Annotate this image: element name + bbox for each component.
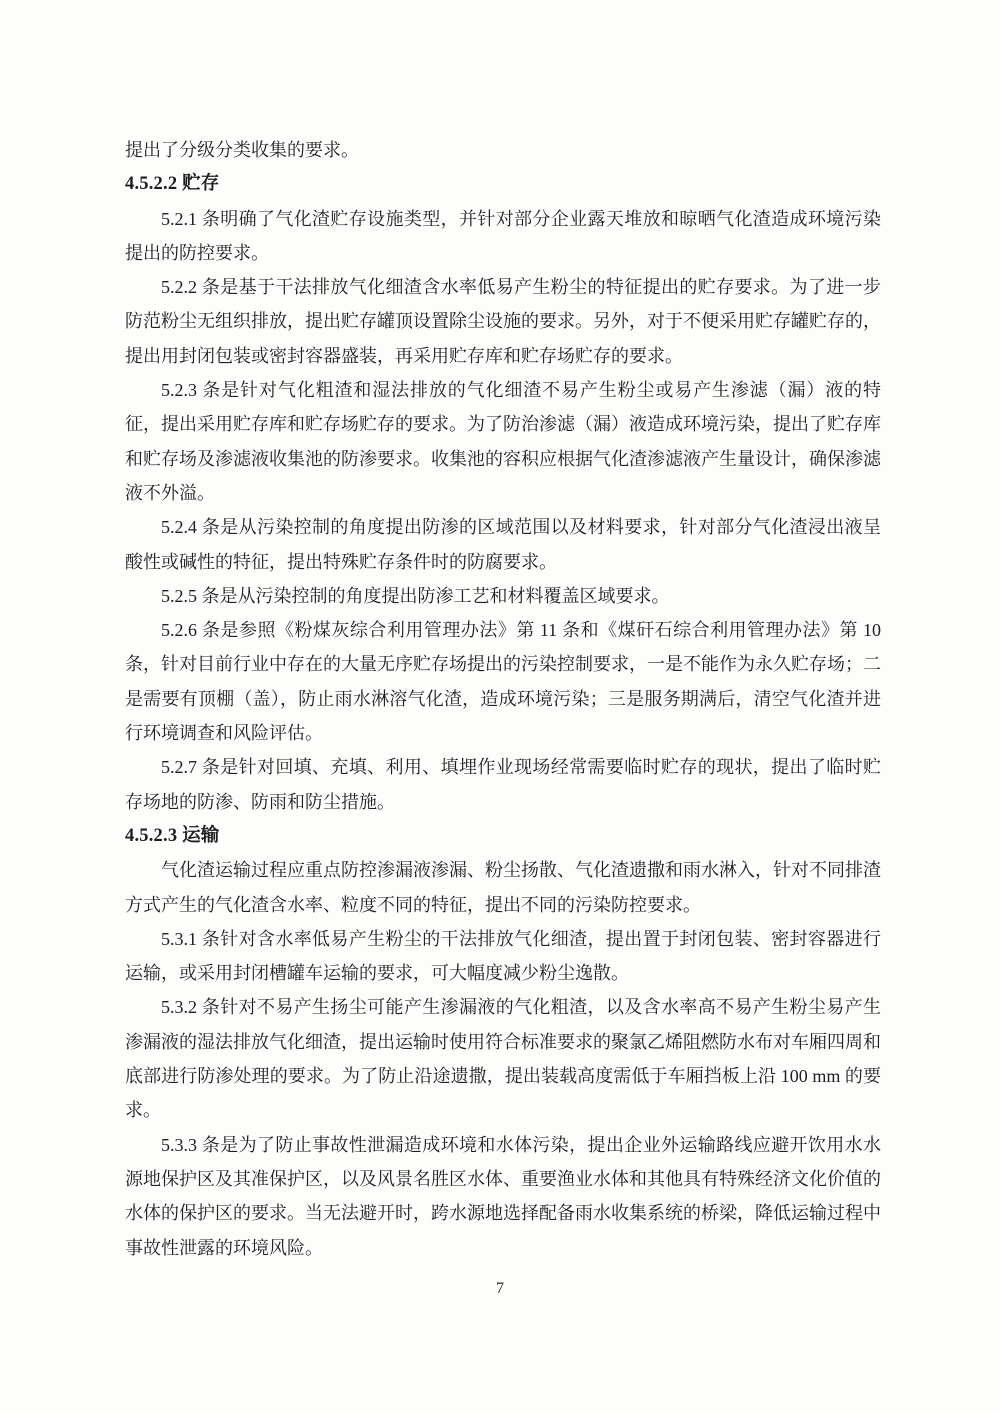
paragraph-5-2-6: 5.2.6 条是参照《粉煤灰综合利用管理办法》第 11 条和《煤矸石综合利用管理… [125,613,881,750]
paragraph-5-2-7: 5.2.7 条是针对回填、充填、利用、填埋作业现场经常需要临时贮存的现状，提出了… [125,750,881,819]
paragraph-continuation: 提出了分级分类收集的要求。 [125,133,881,167]
paragraph-5-2-4: 5.2.4 条是从污染控制的角度提出防渗的区域范围以及材料要求，针对部分气化渣浸… [125,510,881,579]
document-body: 提出了分级分类收集的要求。 4.5.2.2 贮存 5.2.1 条明确了气化渣贮存… [125,133,881,1265]
paragraph-5-2-2: 5.2.2 条是基于干法排放气化细渣含水率低易产生粉尘的特征提出的贮存要求。为了… [125,270,881,373]
document-page: 提出了分级分类收集的要求。 4.5.2.2 贮存 5.2.1 条明确了气化渣贮存… [0,0,1000,1414]
section-heading-storage: 4.5.2.2 贮存 [125,167,881,201]
paragraph-5-3-2: 5.3.2 条针对不易产生扬尘可能产生渗漏液的气化粗渣，以及含水率高不易产生粉尘… [125,990,881,1127]
paragraph-transport-intro: 气化渣运输过程应重点防控渗漏液渗漏、粉尘扬散、气化渣遗撒和雨水淋入，针对不同排渣… [125,853,881,922]
section-heading-transport: 4.5.2.3 运输 [125,819,881,853]
page-footer: 7 [0,1280,1000,1298]
paragraph-5-2-3: 5.2.3 条是针对气化粗渣和湿法排放的气化细渣不易产生粉尘或易产生渗滤（漏）液… [125,373,881,510]
paragraph-5-2-5: 5.2.5 条是从污染控制的角度提出防渗工艺和材料覆盖区域要求。 [125,579,881,613]
paragraph-5-2-1: 5.2.1 条明确了气化渣贮存设施类型，并针对部分企业露天堆放和晾晒气化渣造成环… [125,202,881,271]
paragraph-5-3-3: 5.3.3 条是为了防止事故性泄漏造成环境和水体污染，提出企业外运输路线应避开饮… [125,1128,881,1265]
page-number: 7 [496,1280,504,1297]
paragraph-5-3-1: 5.3.1 条针对含水率低易产生粉尘的干法排放气化细渣，提出置于封闭包装、密封容… [125,922,881,991]
